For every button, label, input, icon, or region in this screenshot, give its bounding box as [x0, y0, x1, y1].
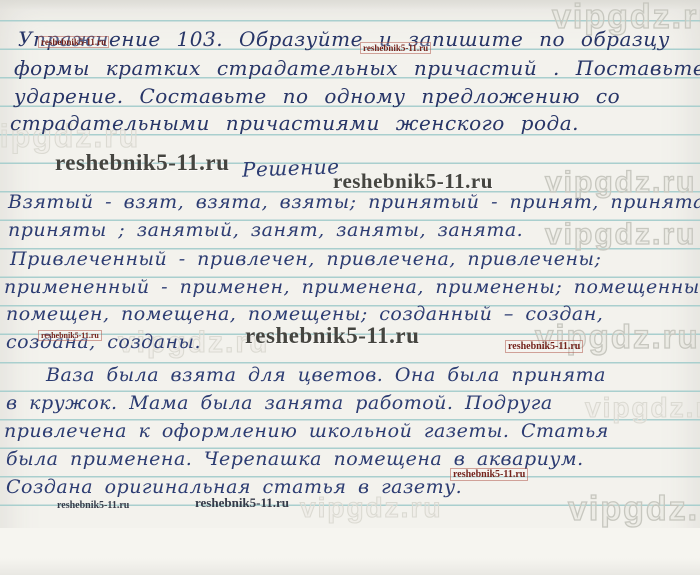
notebook-page: vipgdz.ru vipgdz.ru vipgdz.ru vipgdz.ru …	[0, 0, 700, 575]
handwriting-sentence-line: в кружок. Мама была занята работой. Подр…	[6, 390, 553, 416]
handwriting-solution-line: создана, созданы.	[6, 329, 201, 355]
handwriting-solution-line: Привлеченный - привлечен, привлечена, пр…	[10, 246, 601, 272]
reshebnik-watermark-small: reshebnik5-11.ru	[57, 500, 129, 511]
solution-heading: Решение	[242, 153, 340, 182]
reshebnik-watermark-small: reshebnik5-11.ru	[38, 330, 102, 341]
handwriting-solution-line: помещен, помещена, помещены; созданный –…	[6, 301, 603, 327]
handwriting-task-line: ударение. Составьте по одному предложени…	[14, 83, 620, 109]
page-bottom-margin	[0, 528, 700, 575]
reshebnik-watermark-small: reshebnik5-11.ru	[38, 36, 109, 48]
reshebnik-watermark-small: reshebnik5-11.ru	[360, 42, 431, 54]
handwriting-sentence-line: Ваза была взята для цветов. Она была при…	[46, 362, 606, 388]
handwriting-task-line: формы кратких страдательных причастий . …	[14, 55, 700, 81]
reshebnik-watermark-small: reshebnik5-11.ru	[195, 495, 289, 511]
reshebnik-watermark-large: reshebnik5-11.ru	[55, 150, 229, 176]
vipgdz-watermark: vipgdz.ru	[568, 490, 700, 529]
reshebnik-watermark-small: reshebnik5-11.ru	[505, 340, 583, 353]
reshebnik-watermark-small: reshebnik5-11.ru	[450, 468, 528, 481]
handwriting-sentence-line: привлечена к оформлению школьной газеты.…	[4, 418, 609, 444]
handwriting-task-line: страдательными причастиями женского рода…	[10, 110, 579, 136]
handwriting-solution-line: Взятый - взят, взята, взяты; принятый - …	[8, 189, 700, 215]
handwriting-solution-line: примененный - применен, применена, приме…	[4, 274, 700, 300]
handwriting-task-line: Упражнение 103. Образуйте и запишите по …	[18, 26, 670, 52]
handwriting-solution-line: приняты ; занятый, занят, заняты, занята…	[8, 217, 523, 243]
